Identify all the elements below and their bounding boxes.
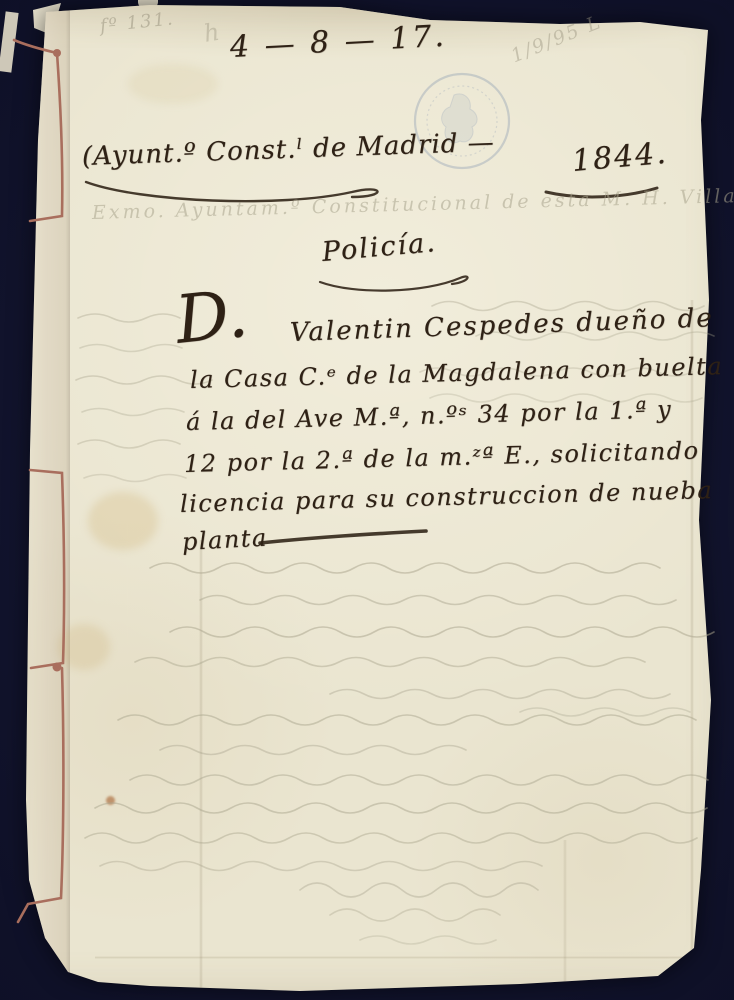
age-stain xyxy=(88,492,158,550)
fold-crease-vertical xyxy=(690,300,694,950)
archive-photo-background: fº 131. h 4 — 8 — 17. 1/9/95 L (Ayunt.º … xyxy=(0,0,734,1000)
binding-margin-strip xyxy=(26,8,70,974)
age-stain xyxy=(58,624,110,670)
drop-cap-initial: D. xyxy=(172,275,251,359)
fold-crease-vertical xyxy=(199,540,203,988)
rust-spot xyxy=(106,796,115,805)
body-line: planta xyxy=(181,524,268,556)
age-stain xyxy=(128,64,218,104)
fold-crease-vertical xyxy=(563,840,567,992)
fold-crease-horizontal xyxy=(95,956,690,959)
